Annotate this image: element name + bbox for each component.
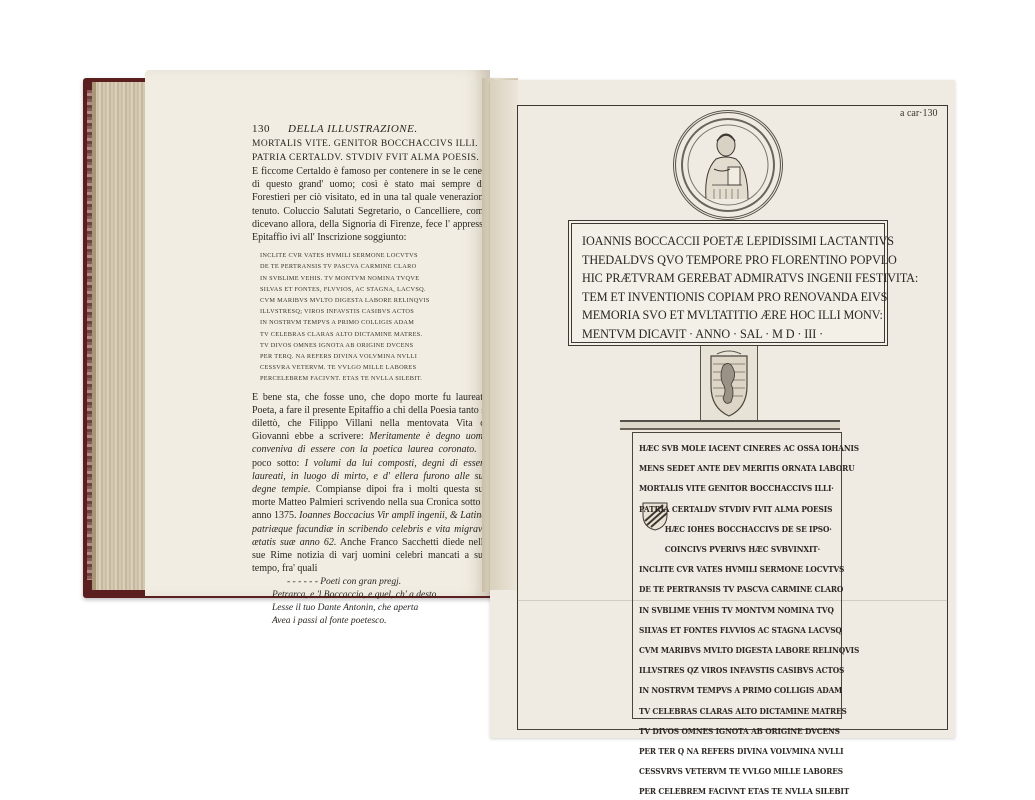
tomb-inscription: HÆC SVB MOLE IACENT CINERES AC OSSA IOHA… xyxy=(632,432,842,719)
tomb-line: MENS SEDET ANTE DEV MERITIS ORNATA LABOR… xyxy=(639,459,809,479)
paragraph-2: E bene sta, che fosse uno, che dopo mort… xyxy=(252,391,488,576)
page-number: 130 xyxy=(252,123,270,135)
inscription-line: PERCELEBREM FACIVNT. ETAS TE NVLLA SILEB… xyxy=(260,373,488,384)
dedication-tablet: IOANNIS BOCCACCII POETÆ LEPIDISSIMI LACT… xyxy=(568,220,888,346)
paragraph-1: E ficcome Certaldo è famoso per contener… xyxy=(252,165,488,244)
tablet-line: IOANNIS BOCCACCII POETÆ LEPIDISSIMI LACT… xyxy=(582,232,878,251)
tomb-line: COINCIVS PVERIVS HÆC SVBVINXIT· xyxy=(639,540,809,560)
inscription-line: TV DIVOS OMNES IGNOTA AB ORIGINE DVCENS xyxy=(260,340,488,351)
inscription-line: PER TERQ. NA REFERS DIVINA VOLVMINA NVLL… xyxy=(260,351,488,362)
inscription-line: CVM MARIBVS MVLTO DIGESTA LABORE RELINQV… xyxy=(260,295,488,306)
running-title: DELLA ILLUSTRAZIONE. xyxy=(288,123,418,135)
caps-line: PATRIA CERTALDV. STVDIV FVIT ALMA POESIS… xyxy=(252,151,488,165)
plate-reference: a car·130 xyxy=(900,108,937,119)
tomb-line: TV CELEBRAS CLARAS ALTO DICTAMINE MATRES xyxy=(639,702,809,722)
tablet-line: MEMORIA SVO ET MVLTATITIO ÆRE HOC ILLI M… xyxy=(582,306,878,325)
tomb-line: HÆC IOHES BOCCHACCIVS DE SE IPSO· xyxy=(639,520,809,540)
verse-line: Avea i passi al fonte poetesco. xyxy=(272,615,488,628)
portrait-medallion xyxy=(673,110,783,220)
inscription-line: DE TE PERTRANSIS TV PASCVA CARMINE CLARO xyxy=(260,261,488,272)
inscription-line: INCLITE CVR VATES HVMILI SERMONE LOCVTVS xyxy=(260,250,488,261)
tomb-line: CESSVRVS VETERVM TE VVLGO MILLE LABORES xyxy=(639,762,809,782)
verse-line: Petrarca, e 'l Boccaccio, e quel, ch' a … xyxy=(272,589,488,602)
plate-fold xyxy=(490,80,518,590)
caps-line: MORTALIS VITE. GENITOR BOCCHACCIVS ILLI. xyxy=(252,137,488,151)
tomb-line: PER TER Q NA REFERS DIVINA VOLVMINA NVLL… xyxy=(639,742,809,762)
tomb-line: ILLVSTRES QZ VIROS INFAVSTIS CASIBVS ACT… xyxy=(639,661,809,681)
lion-shield-icon xyxy=(701,346,757,422)
tomb-line: SILVAS ET FONTES FLVVIOS AC STAGNA LACVS… xyxy=(639,621,809,641)
inscription-line: SILVAS ET FONTES, FLVVIOS, AC STAGNA, LA… xyxy=(260,284,488,295)
tablet-line: HIC PRÆTVRAM GEREBAT ADMIRATVS INGENII F… xyxy=(582,269,878,288)
epitaph-inscription: INCLITE CVR VATES HVMILI SERMONE LOCVTVS… xyxy=(260,250,488,384)
tomb-line: HÆC SVB MOLE IACENT CINERES AC OSSA IOHA… xyxy=(639,439,809,459)
inscription-line: CESSVRA VETERVM. TE VVLGO MILLE LABORES xyxy=(260,362,488,373)
coat-of-arms-panel xyxy=(700,346,758,422)
inscription-line: IN NOSTRVM TEMPVS A PRIMO COLLIGIS ADAM xyxy=(260,317,488,328)
tomb-line: DE TE PERTRANSIS TV PASCVA CARMINE CLARO xyxy=(639,580,809,600)
tomb-line: IN SVBLIME VEHIS TV MONTVM NOMINA TVQ xyxy=(639,601,809,621)
tablet-line: THEDALDVS QVO TEMPORE PRO FLORENTINO POP… xyxy=(582,251,878,270)
left-page-text: 130 DELLA ILLUSTRAZIONE. MORTALIS VITE. … xyxy=(252,123,488,628)
tomb-line: PER CELEBREM FACIVNT ETAS TE NVLLA SILEB… xyxy=(639,782,809,800)
tablet-line: MENTVM DICAVIT · ANNO · SAL · M D · III … xyxy=(582,325,878,344)
verse-line: Lesse il tuo Dante Antonin, che aperta xyxy=(272,602,488,615)
tomb-line: INCLITE CVR VATES HVMILI SERMONE LOCVTVS xyxy=(639,560,809,580)
inscription-line: TV CELEBRAS CLARAS ALTO DICTAMINE MATRES… xyxy=(260,329,488,340)
tablet-line: TEM ET INVENTIONIS COPIAM PRO RENOVANDA … xyxy=(582,288,878,307)
page-block-edge xyxy=(92,82,152,590)
tomb-line: MORTALIS VITE GENITOR BOCCHACCIVS ILLI· xyxy=(639,479,809,499)
verse-line: - - - - - - Poeti con gran pregj. xyxy=(287,576,488,589)
inscription-line: ILLVSTRESQ; VIROS INFAVSTIS CASIBVS ACTO… xyxy=(260,306,488,317)
tomb-line: IN NOSTRVM TEMPVS A PRIMO COLLIGIS ADAM xyxy=(639,681,809,701)
portrait-bust-icon xyxy=(676,113,780,217)
tomb-cornice xyxy=(620,420,840,430)
tomb-line: PATRIA CERTALDV STVDIV FVIT ALMA POESIS xyxy=(639,500,809,520)
running-head: 130 DELLA ILLUSTRAZIONE. xyxy=(252,123,488,135)
inscription-line: IN SVBLIME VEHIS. TV MONTVM NOMINA TVQVE xyxy=(260,273,488,284)
tomb-line: TV DIVOS OMNES IGNOTA AB ORIGINE DVCENS xyxy=(639,722,809,742)
tomb-line: CVM MARIBVS MVLTO DIGESTA LABORE RELINQV… xyxy=(639,641,809,661)
